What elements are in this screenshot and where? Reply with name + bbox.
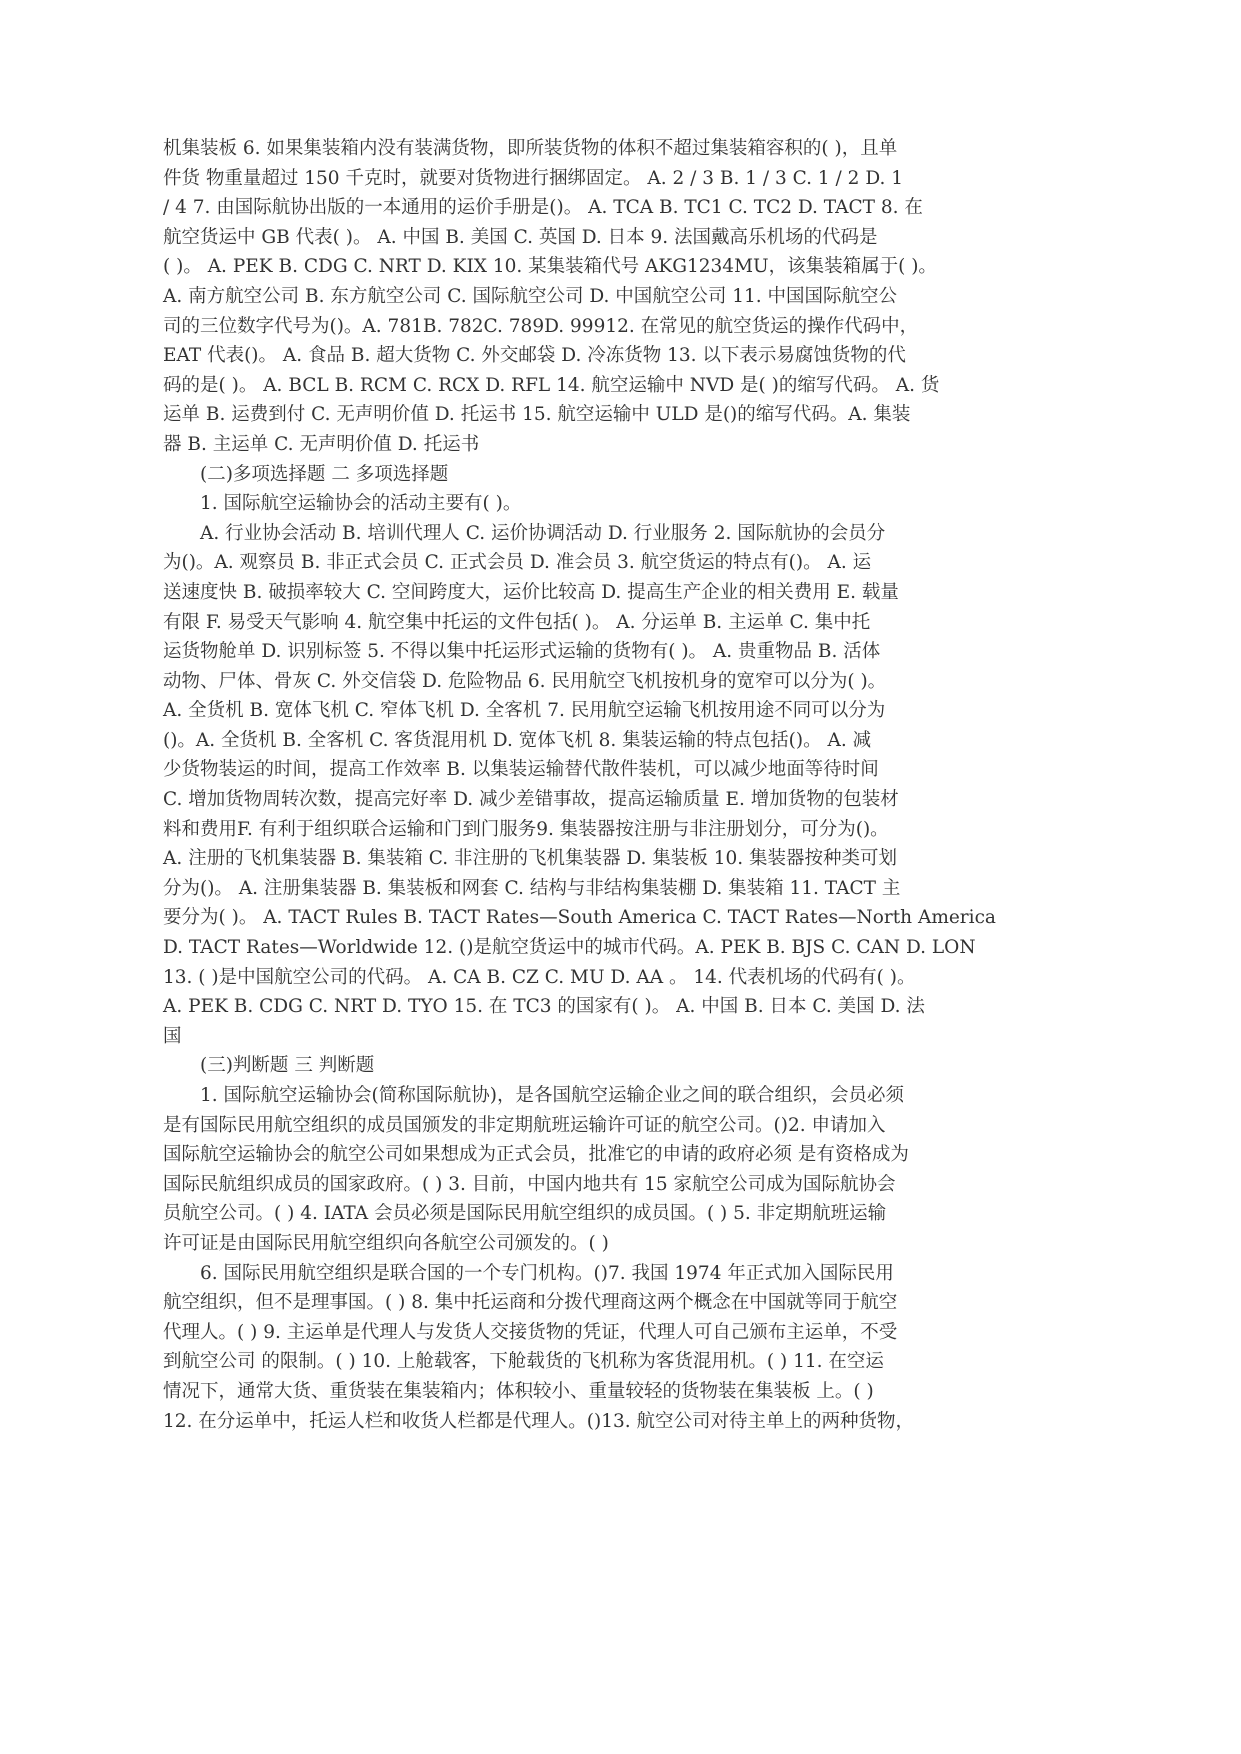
text-line: A. 行业协会活动 B. 培训代理人 C. 运价协调活动 D. 行业服务 2. … xyxy=(163,519,963,549)
text-line: 国 xyxy=(163,1022,963,1052)
text-line: 器 B. 主运单 C. 无声明价值 D. 托运书 xyxy=(163,430,963,460)
text-line: D. TACT Rates—Worldwide 12. ()是航空货运中的城市代… xyxy=(163,933,963,963)
text-line: 1. 国际航空运输协会的活动主要有( )。 xyxy=(163,489,963,519)
text-line: 司的三位数字代号为()。A. 781B. 782C. 789D. 99912. … xyxy=(163,312,963,342)
text-line: 动物、尸体、骨灰 C. 外交信袋 D. 危险物品 6. 民用航空飞机按机身的宽窄… xyxy=(163,667,963,697)
text-line: ()。A. 全货机 B. 全客机 C. 客货混用机 D. 宽体飞机 8. 集装运… xyxy=(163,726,963,756)
text-line: 情况下，通常大货、重货装在集装箱内；体积较小、重量较轻的货物装在集装板 上。( … xyxy=(163,1377,963,1407)
text-line: (二)多项选择题 二 多项选择题 xyxy=(163,460,963,490)
text-line: ( )。 A. PEK B. CDG C. NRT D. KIX 10. 某集装… xyxy=(163,252,963,282)
text-line: 13. ( )是中国航空公司的代码。 A. CA B. CZ C. MU D. … xyxy=(163,963,963,993)
text-line: A. 注册的飞机集装器 B. 集装箱 C. 非注册的飞机集装器 D. 集装板 1… xyxy=(163,844,963,874)
text-line: 到航空公司 的限制。( ) 10. 上舱载客，下舱载货的飞机称为客货混用机。( … xyxy=(163,1347,963,1377)
text-line: A. PEK B. CDG C. NRT D. TYO 15. 在 TC3 的国… xyxy=(163,992,963,1022)
text-line: 分为()。 A. 注册集装器 B. 集装板和网套 C. 结构与非结构集装棚 D.… xyxy=(163,874,963,904)
text-line: 为()。A. 观察员 B. 非正式会员 C. 正式会员 D. 准会员 3. 航空… xyxy=(163,548,963,578)
document-page: 机集装板 6. 如果集装箱内没有装满货物，即所装货物的体积不超过集装箱容积的( … xyxy=(163,134,963,1436)
text-line: A. 南方航空公司 B. 东方航空公司 C. 国际航空公司 D. 中国航空公司 … xyxy=(163,282,963,312)
text-line: 码的是( )。 A. BCL B. RCM C. RCX D. RFL 14. … xyxy=(163,371,963,401)
text-line: 料和费用F. 有利于组织联合运输和门到门服务9. 集装器按注册与非注册划分，可分… xyxy=(163,815,963,845)
text-line: 6. 国际民用航空组织是联合国的一个专门机构。()7. 我国 1974 年正式加… xyxy=(163,1259,963,1289)
text-line: 送速度快 B. 破损率较大 C. 空间跨度大，运价比较高 D. 提高生产企业的相… xyxy=(163,578,963,608)
text-line: 国际航空运输协会的航空公司如果想成为正式会员，批准它的申请的政府必须 是有资格成… xyxy=(163,1140,963,1170)
text-line: C. 增加货物周转次数，提高完好率 D. 减少差错事故，提高运输质量 E. 增加… xyxy=(163,785,963,815)
text-line: 运货物舱单 D. 识别标签 5. 不得以集中托运形式运输的货物有( )。 A. … xyxy=(163,637,963,667)
text-line: 国际民航组织成员的国家政府。( ) 3. 目前，中国内地共有 15 家航空公司成… xyxy=(163,1170,963,1200)
text-line: 许可证是由国际民用航空组织向各航空公司颁发的。( ) xyxy=(163,1229,963,1259)
text-line: 员航空公司。( ) 4. IATA 会员必须是国际民用航空组织的成员国。( ) … xyxy=(163,1199,963,1229)
text-line: 有限 F. 易受天气影响 4. 航空集中托运的文件包括( )。 A. 分运单 B… xyxy=(163,608,963,638)
text-line: 代理人。( ) 9. 主运单是代理人与发货人交接货物的凭证，代理人可自己颁布主运… xyxy=(163,1318,963,1348)
text-line: / 4 7. 由国际航协出版的一本通用的运价手册是()。 A. TCA B. T… xyxy=(163,193,963,223)
text-line: 件货 物重量超过 150 千克时，就要对货物进行捆绑固定。 A. 2 / 3 B… xyxy=(163,164,963,194)
text-line: 要分为( )。 A. TACT Rules B. TACT Rates—Sout… xyxy=(163,903,963,933)
text-line: 航空组织，但不是理事国。( ) 8. 集中托运商和分拨代理商这两个概念在中国就等… xyxy=(163,1288,963,1318)
text-line: (三)判断题 三 判断题 xyxy=(163,1051,963,1081)
text-line: 航空货运中 GB 代表( )。 A. 中国 B. 美国 C. 英国 D. 日本 … xyxy=(163,223,963,253)
text-line: 是有国际民用航空组织的成员国颁发的非定期航班运输许可证的航空公司。()2. 申请… xyxy=(163,1111,963,1141)
text-line: 少货物装运的时间，提高工作效率 B. 以集装运输替代散件装机，可以减少地面等待时… xyxy=(163,755,963,785)
text-line: A. 全货机 B. 宽体飞机 C. 窄体飞机 D. 全客机 7. 民用航空运输飞… xyxy=(163,696,963,726)
text-line: EAT 代表()。 A. 食品 B. 超大货物 C. 外交邮袋 D. 冷冻货物 … xyxy=(163,341,963,371)
text-line: 运单 B. 运费到付 C. 无声明价值 D. 托运书 15. 航空运输中 ULD… xyxy=(163,400,963,430)
text-line: 机集装板 6. 如果集装箱内没有装满货物，即所装货物的体积不超过集装箱容积的( … xyxy=(163,134,963,164)
text-line: 1. 国际航空运输协会(简称国际航协)，是各国航空运输企业之间的联合组织，会员必… xyxy=(163,1081,963,1111)
text-line: 12. 在分运单中，托运人栏和收货人栏都是代理人。()13. 航空公司对待主单上… xyxy=(163,1407,963,1437)
